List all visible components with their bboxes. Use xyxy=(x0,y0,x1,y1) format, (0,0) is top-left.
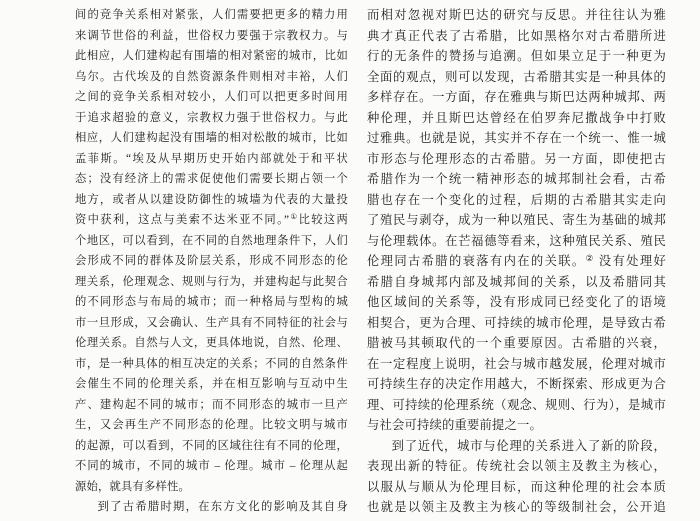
text-line: 腊被马其顿取代的一个重要原因。古希腊的兴衰， xyxy=(367,333,666,354)
paragraph-start-line: 到了古希腊时期，在东方文化的影响及其自身 xyxy=(75,497,348,518)
text-line: 理关系，伦理观念、规则与行为，并建构起与此契合 xyxy=(75,272,348,293)
text-line: 市，是一种具体的相互决定的关系；不同的自然条件 xyxy=(75,354,348,375)
text-line: 腊也存在一个变化的过程，后期的古希腊其实走向 xyxy=(367,190,666,211)
text-line: 与伦理载体。在芒福德等看来，这种殖民关系、殖民 xyxy=(367,231,666,252)
text-line: 不同的城市，不同的城市 – 伦理。城市 – 伦理从起 xyxy=(75,456,348,477)
text-line: 个地区，可以看到，在不同的自然地理条件下，人们 xyxy=(75,231,348,252)
text-line: 全面的观点，则可以发现，古希腊其实是一种具体的 xyxy=(367,67,666,88)
text-line: 了殖民与剥夺，成为一种以殖民、寄生为基础的城邦 xyxy=(367,210,666,231)
text-line: 表现出新的特征。传统社会以领主及教主为核心， xyxy=(367,456,666,477)
text-line: 以服从与顺从为伦理目标，而这种伦理的社会本质 xyxy=(367,477,666,498)
text-line: 市形态与伦理形态的古希腊。另一方面，即使把古 xyxy=(367,149,666,170)
text-line: 典才真正代表了古希腊，比如黑格尔对古希腊所进 xyxy=(367,26,666,47)
text-line: 于追求超验的意义，宗教权力强于世俗权力。与此 xyxy=(75,108,348,129)
text-line: 的起源，可以看到，不同的区域往往有不同的伦理， xyxy=(75,436,348,457)
text-line: 行的无条件的赞扬与追溯。但如果立足于一种更为 xyxy=(367,46,666,67)
text-line: 市一旦形成，又会确认、生产具有不同特征的社会与 xyxy=(75,313,348,334)
text-line: 来调节世俗的利益，世俗权力要强于宗教权力。与 xyxy=(75,26,348,47)
text-line: 相契合，更为合理、可持续的城市伦理，是导致古希 xyxy=(367,313,666,334)
text-line: 在一定程度上说明，社会与城市越发展，伦理对城市 xyxy=(367,354,666,375)
text-line: 也就是以领主及教主为核心的等级制社会，公开追 xyxy=(367,497,666,518)
paragraph-end-line: 源始，就具有多样性。 xyxy=(75,477,348,498)
text-line: 孟菲斯。“埃及从早期历史开始内部就处于和平状 xyxy=(75,149,348,170)
text-line: 他区域间的关系等，没有形成同已经变化了的语境 xyxy=(367,292,666,313)
text-line: 生，又会再生产不同形态的伦理。比较文明与城市 xyxy=(75,415,348,436)
text-line: 间的竞争关系相对紧张，人们需要把更多的精力用 xyxy=(75,5,348,26)
text-line-with-footnote-ref: 伦理同古希腊的衰落有内在的关联。② 没有处理好 xyxy=(367,251,666,272)
text-line: 种伦理，并且斯巴达曾经在伯罗奔尼撒战争中打败 xyxy=(367,108,666,129)
left-text-column: 间的竞争关系相对紧张，人们需要把更多的精力用 来调节世俗的利益，世俗权力要强于宗… xyxy=(75,5,348,518)
scanned-paper-page: 间的竞争关系相对紧张，人们需要把更多的精力用 来调节世俗的利益，世俗权力要强于宗… xyxy=(0,0,700,521)
text-line-with-footnote-ref: 资中获利，这点与美索不达米亚不同。”①比较这两 xyxy=(75,210,348,231)
text-line: 地方，或者从以建设防御性的城墙为代表的大量投 xyxy=(75,190,348,211)
text-line: 产、建构起不同的城市；而不同形态的城市一旦产 xyxy=(75,395,348,416)
text-line: 伦理关系。自然与人文，更具体地说，自然、伦理、城 xyxy=(75,333,348,354)
text-line: 乌尔。古代埃及的自然资源条件则相对丰裕，人们 xyxy=(75,67,348,88)
text-line: 之间的竞争关系相对较小，人们可以把更多时间用 xyxy=(75,87,348,108)
text-line: 而相对忽视对斯巴达的研究与反思。并往往认为雅 xyxy=(367,5,666,26)
text-line: 此相应，人们建构起有围墙的相对紧密的城市，比如 xyxy=(75,46,348,67)
right-text-column: 而相对忽视对斯巴达的研究与反思。并往往认为雅 典才真正代表了古希腊，比如黑格尔对… xyxy=(367,5,666,518)
paragraph-end-line: 与社会可持续的重要前提之一。 xyxy=(367,415,666,436)
text-line: 态；没有经济上的需求促使他们需要长期占领一个 xyxy=(75,169,348,190)
text-line: 会形成不同的群体及阶层关系，形成不同形态的伦 xyxy=(75,251,348,272)
text-line: 理、可持续的伦理系统（观念、规则、行为），是城市 xyxy=(367,395,666,416)
text-line: 过雅典。也就是说，其实并不存在一个统一、惟一城 xyxy=(367,128,666,149)
footnote-marker: ② xyxy=(586,254,595,263)
text-line: 希腊自身城邦内部及城邦间的关系，以及希腊同其 xyxy=(367,272,666,293)
text-line: 可持续生存的决定作用越大，不断探索、形成更为合 xyxy=(367,374,666,395)
text-line: 希腊作为一个统一精神形态的城邦制社会看，古希 xyxy=(367,169,666,190)
paragraph-start-line: 到了近代，城市与伦理的关系进入了新的阶段， xyxy=(367,436,666,457)
text-line: 的不同形态与布局的城市；而一种格局与型构的城 xyxy=(75,292,348,313)
text-line: 多样存在。一方面，存在雅典与斯巴达两种城邦、两 xyxy=(367,87,666,108)
text-line: 会催生不同的伦理关系，并在相互影响与互动中生 xyxy=(75,374,348,395)
footnote-marker: ① xyxy=(289,212,298,221)
text-line: 相应，人们建构起没有围墙的相对松散的城市，比如 xyxy=(75,128,348,149)
